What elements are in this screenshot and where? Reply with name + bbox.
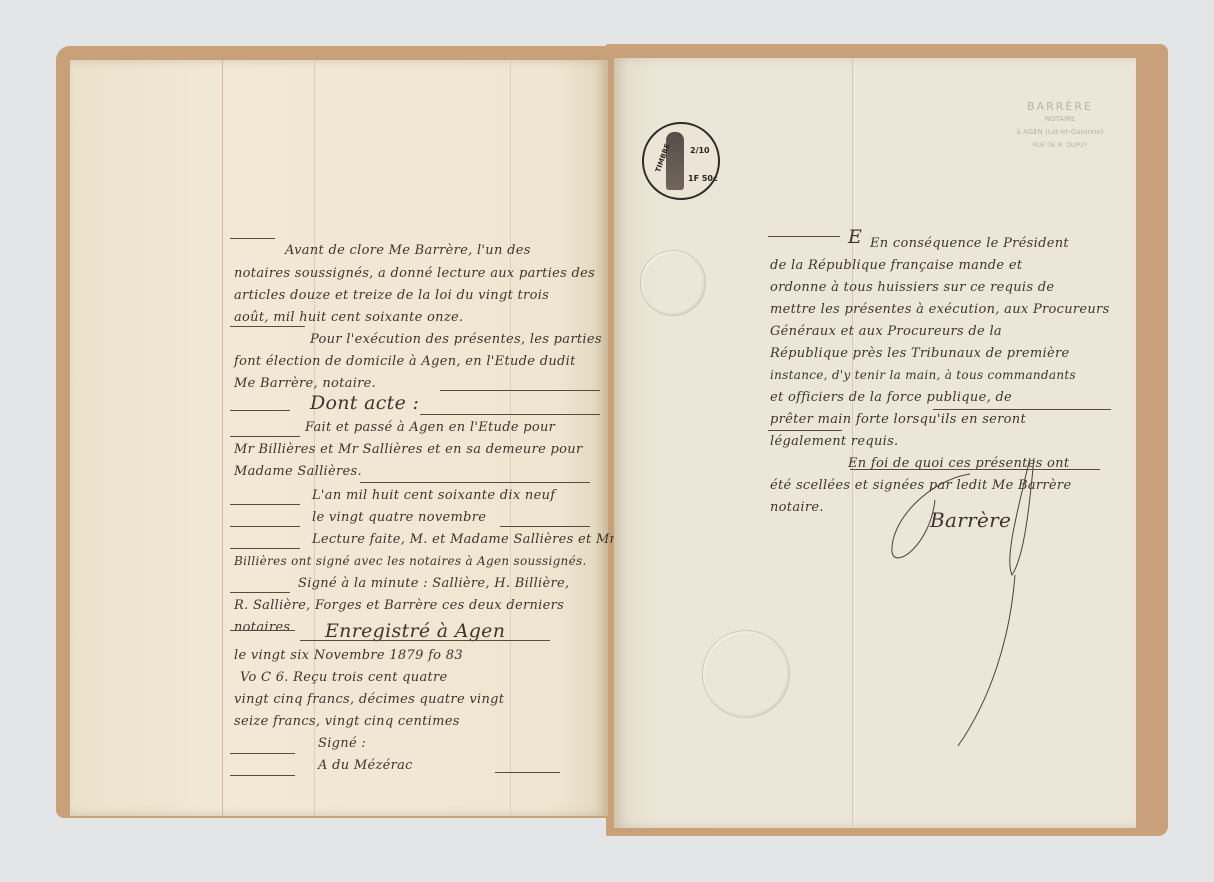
handwritten-line: Me Barrère, notaire. bbox=[234, 376, 376, 391]
handwritten-line: prêter main forte lorsqu'ils en seront bbox=[770, 412, 1026, 427]
ink-dash bbox=[230, 526, 300, 527]
handwritten-line: articles douze et treize de la loi du vi… bbox=[234, 288, 549, 303]
notary-letterhead: BARRÈRE NOTAIRE à AGEN (Lot-et-Garonne) … bbox=[990, 100, 1130, 152]
ink-dash bbox=[360, 482, 590, 483]
handwritten-line: Madame Sallières. bbox=[234, 464, 362, 479]
letterhead-name: BARRÈRE bbox=[990, 100, 1130, 113]
ink-dash bbox=[768, 430, 842, 431]
handwritten-line: le vingt six Novembre 1879 fo 83 bbox=[234, 648, 463, 663]
handwritten-line: instance, d'y tenir la main, à tous comm… bbox=[770, 368, 1076, 382]
ink-dash bbox=[230, 238, 275, 239]
handwritten-line: et officiers de la force publique, de bbox=[770, 390, 1012, 405]
handwritten-line: République près les Tribunaux de premièr… bbox=[770, 346, 1069, 361]
letterhead-title: NOTAIRE bbox=[990, 113, 1130, 126]
letterhead-city: à AGEN (Lot-et-Garonne) bbox=[990, 126, 1130, 139]
embossed-notary-seal bbox=[702, 630, 790, 718]
handwritten-line: L'an mil huit cent soixante dix neuf bbox=[312, 488, 555, 503]
justice-figure-icon bbox=[666, 132, 684, 190]
ink-dash bbox=[230, 630, 295, 631]
handwritten-heading-initial: E bbox=[848, 226, 862, 248]
handwritten-line: de la République française mande et bbox=[770, 258, 1022, 273]
ink-dash bbox=[230, 436, 300, 437]
column-rule bbox=[510, 60, 511, 816]
handwritten-line: Vo C 6. Reçu trois cent quatre bbox=[240, 670, 448, 685]
handwritten-heading: Dont acte : bbox=[310, 392, 419, 414]
handwritten-line: Avant de clore Me Barrère, l'un des bbox=[285, 243, 531, 258]
handwritten-line: En conséquence le Président bbox=[870, 236, 1069, 251]
handwritten-line: été scellées et signées par ledit Me Bar… bbox=[770, 478, 1071, 493]
handwritten-line: Fait et passé à Agen en l'Etude pour bbox=[305, 420, 555, 435]
ink-dash bbox=[230, 592, 290, 593]
handwritten-signature-line: A du Mézérac bbox=[318, 758, 413, 773]
ink-dash bbox=[230, 410, 290, 411]
tax-stamp: TIMBRE 2/10 1F 50c bbox=[642, 122, 720, 200]
ink-dash bbox=[440, 390, 600, 391]
handwritten-line: seize francs, vingt cinq centimes bbox=[234, 714, 460, 729]
handwritten-line: Lecture faite, M. et Madame Sallières et… bbox=[312, 532, 616, 547]
handwritten-line: notaires soussignés, a donné lecture aux… bbox=[234, 266, 595, 281]
signature-text: Barrère bbox=[930, 508, 1011, 532]
ink-dash bbox=[230, 775, 295, 776]
handwritten-line: le vingt quatre novembre bbox=[312, 510, 486, 525]
ink-dash bbox=[230, 504, 300, 505]
ink-dash bbox=[230, 326, 305, 327]
handwritten-line: Signé à la minute : Sallière, H. Billièr… bbox=[298, 576, 569, 591]
handwritten-line: R. Sallière, Forges et Barrère ces deux … bbox=[234, 598, 564, 613]
handwritten-line: vingt cinq francs, décimes quatre vingt bbox=[234, 692, 504, 707]
handwritten-line: Pour l'exécution des présentes, les part… bbox=[310, 332, 602, 347]
ink-dash bbox=[768, 236, 840, 237]
ink-dash bbox=[850, 469, 1100, 470]
handwritten-line: Généraux et aux Procureurs de la bbox=[770, 324, 1002, 339]
letterhead-address: RUE DE M. DUPUY bbox=[990, 139, 1130, 152]
handwritten-line: Mr Billières et Mr Sallières et en sa de… bbox=[234, 442, 582, 457]
handwritten-line: notaires bbox=[234, 620, 290, 635]
handwritten-line: mettre les présentes à exécution, aux Pr… bbox=[770, 302, 1110, 317]
ink-dash bbox=[495, 772, 560, 773]
embossed-seal bbox=[640, 250, 706, 316]
handwritten-line: Signé : bbox=[318, 736, 366, 751]
ink-dash bbox=[500, 526, 590, 527]
registration-heading: Enregistré à Agen bbox=[325, 620, 505, 642]
margin-rule bbox=[222, 60, 223, 816]
handwritten-line: août, mil huit cent soixante onze. bbox=[234, 310, 463, 325]
ink-dash bbox=[420, 414, 600, 415]
ink-dash bbox=[300, 640, 550, 641]
stamp-value-top: 2/10 bbox=[690, 146, 710, 155]
handwritten-line: Billières ont signé avec les notaires à … bbox=[234, 554, 587, 568]
ink-dash bbox=[230, 548, 300, 549]
handwritten-line: ordonne à tous huissiers sur ce requis d… bbox=[770, 280, 1054, 295]
handwritten-line: légalement requis. bbox=[770, 434, 899, 449]
stamp-value-bottom: 1F 50c bbox=[688, 174, 718, 183]
ink-dash bbox=[933, 409, 1111, 410]
handwritten-line: notaire. bbox=[770, 500, 824, 515]
handwritten-line: font élection de domicile à Agen, en l'E… bbox=[234, 354, 576, 369]
ink-dash bbox=[230, 753, 295, 754]
